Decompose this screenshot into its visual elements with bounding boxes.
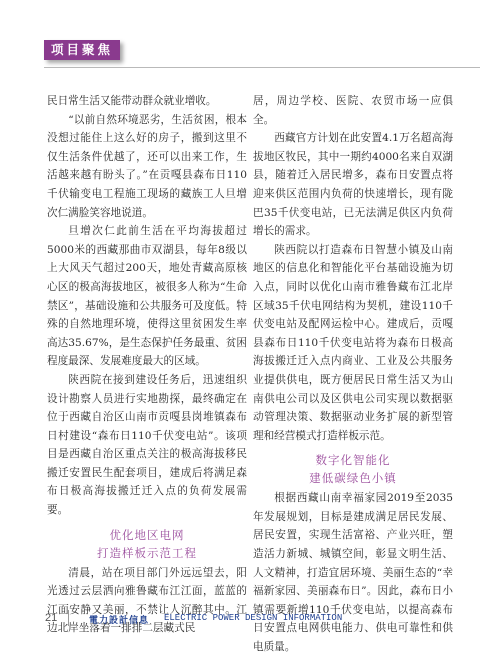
paragraph: 居，周边学校、医院、农贸市场一应俱全。	[253, 92, 453, 129]
section-tag: 项目聚焦	[44, 40, 120, 60]
magazine-name-en: ELECTRIC POWER DESIGN INFORMATION	[164, 613, 342, 623]
paragraph: 西藏官方计划在此安置4.1万名超高海拔地区牧民，其中一期约4000名来自双湖县，…	[253, 129, 453, 241]
page-number: 21	[45, 612, 57, 624]
subheading-line: 优化地区电网	[47, 526, 247, 544]
paragraph: 陕西院在接到建设任务后，迅速组织设计勘察人员进行实地勘探，最终确定在位于西藏自治…	[47, 371, 247, 520]
paragraph: “以前自然环境恶劣，生活贫困，根本没想过能住上这么好的房子，搬到这里不仅生活条件…	[47, 111, 247, 223]
subheading: 优化地区电网 打造样板示范工程	[47, 526, 247, 562]
paragraph: 根据西藏山南幸福家园2019至2035年发展规划，目标是建成满足居民发展、居民安…	[253, 489, 453, 656]
paragraph: 民日常生活又能带动群众就业增收。	[47, 92, 247, 111]
left-column: 民日常生活又能带动群众就业增收。 “以前自然环境恶劣，生活贫困，根本没想过能住上…	[47, 92, 247, 638]
right-column: 居，周边学校、医院、农贸市场一应俱全。 西藏官方计划在此安置4.1万名超高海拔地…	[253, 92, 453, 657]
subheading-line: 打造样板示范工程	[47, 544, 247, 562]
footer-divider	[68, 610, 69, 626]
header-divider	[44, 67, 480, 68]
magazine-name-cn: 電力設計信息	[89, 613, 149, 626]
paragraph: 旦增次仁此前生活在平均海拔超过5000米的西藏那曲市双湖县，每年8级以上大风天气…	[47, 222, 247, 371]
paragraph: 陕西院以打造森布日智慧小镇及山南地区的信息化和智能化平台基础设施为切入点，同时以…	[253, 241, 453, 446]
page-footer: 21 電力設計信息 ELECTRIC POWER DESIGN INFORMAT…	[0, 608, 480, 628]
subheading-line: 数字化智能化	[253, 451, 453, 469]
subheading: 数字化智能化 建低碳绿色小镇	[253, 451, 453, 487]
subheading-line: 建低碳绿色小镇	[253, 469, 453, 487]
